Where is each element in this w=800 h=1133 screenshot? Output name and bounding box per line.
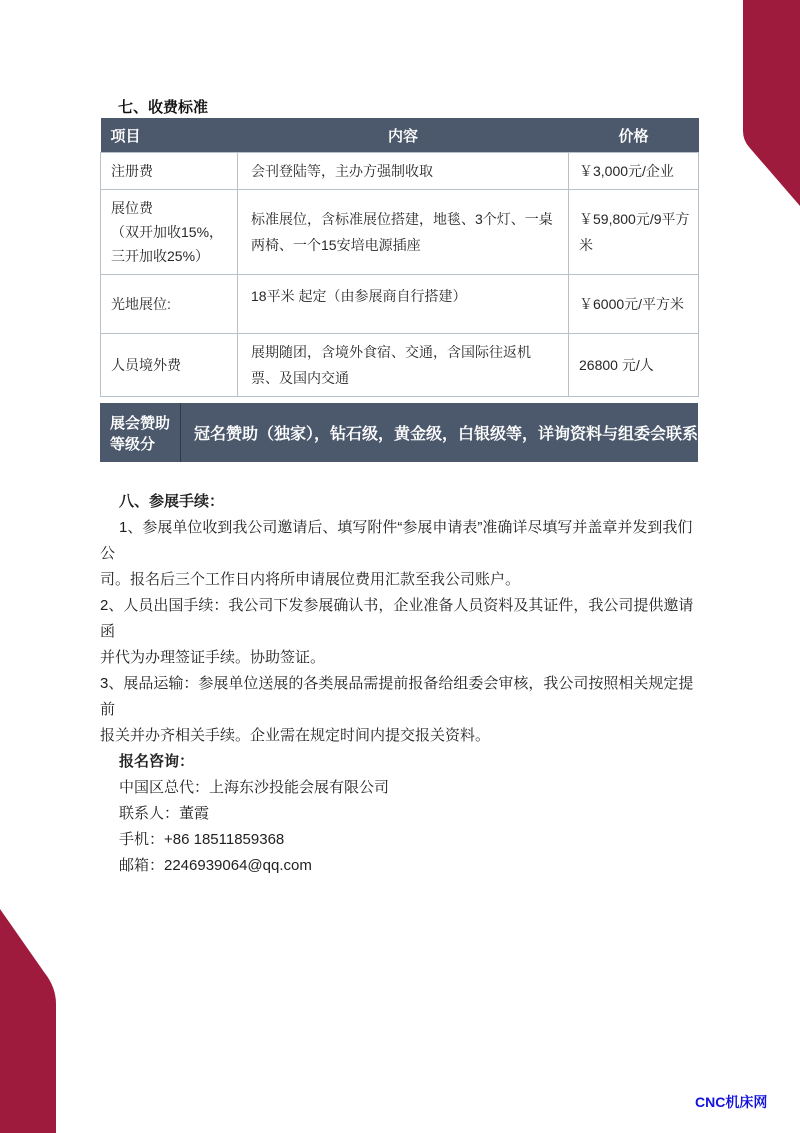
fee-table-header-row: 项目 内容 价格 xyxy=(101,118,699,153)
fee-table-row-registration: 注册费 会刊登陆等，主办方强制收取 ￥3,000元/企业 xyxy=(101,153,699,190)
procedures-line-7: 3、展品运输：参展单位送展的各类展品需提前报备给组委会审核，我公司按照相关规定提 xyxy=(100,671,704,697)
fee-price-cell: 26800 元/人 xyxy=(569,334,699,397)
watermark-link[interactable]: CNC机床网 xyxy=(695,1092,767,1112)
decor-ribbon-top-right xyxy=(743,0,800,206)
fee-content-cell: 18平米 起定（由参展商自行搭建） xyxy=(238,275,569,334)
fee-content-cell: 会刊登陆等，主办方强制收取 xyxy=(238,153,569,190)
fee-item-cell: 注册费 xyxy=(101,153,238,190)
contact-agent-line: 中国区总代：上海东沙投能会展有限公司 xyxy=(100,775,704,801)
procedures-section: 八、参展手续： 1、参展单位收到我公司邀请后、填写附件“参展申请表”准确详尽填写… xyxy=(100,489,704,879)
fee-table-header-item: 项目 xyxy=(101,118,238,153)
procedures-line-4: 2、人员出国手续：我公司下发参展确认书，企业准备人员资料及其证件，我公司提供邀请 xyxy=(100,593,704,619)
sponsor-tier-label: 展会赞助等级分 xyxy=(100,403,181,462)
fee-price-cell: ￥59,800元/9平方米 xyxy=(569,190,699,275)
procedures-heading: 八、参展手续： xyxy=(100,489,704,515)
sponsor-tier-row: 展会赞助等级分 冠名赞助（独家），钻石级，黄金级，白银级等，详询资料与组委会联系 xyxy=(100,403,698,462)
fee-table-row-booth: 展位费 （双开加收15%， 三开加收25%） 标准展位，含标准展位搭建，地毯、3… xyxy=(101,190,699,275)
contact-email-line: 邮箱：2246939064@qq.com xyxy=(100,853,704,879)
fee-table-row-personnel: 人员境外费 展期随团，含境外食宿、交通，含国际往返机票、及国内交通 26800 … xyxy=(101,334,699,397)
procedures-line-9: 报关并办齐相关手续。企业需在规定时间内提交报关资料。 xyxy=(100,723,704,749)
contact-person-line: 联系人：董霞 xyxy=(100,801,704,827)
fee-item-cell: 光地展位: xyxy=(101,275,238,334)
fee-content-cell: 展期随团，含境外食宿、交通，含国际往返机票、及国内交通 xyxy=(238,334,569,397)
fee-table-header-price: 价格 xyxy=(569,118,699,153)
fee-content-cell: 标准展位，含标准展位搭建，地毯、3个灯、一桌两椅、一个15安培电源插座 xyxy=(238,190,569,275)
fee-table-header-content: 内容 xyxy=(238,118,569,153)
fee-table: 项目 内容 价格 注册费 会刊登陆等，主办方强制收取 ￥3,000元/企业 展位… xyxy=(100,118,699,397)
sponsor-tier-content: 冠名赞助（独家），钻石级，黄金级，白银级等，详询资料与组委会联系 xyxy=(181,403,698,462)
procedures-line-3: 司。报名后三个工作日内将所申请展位费用汇款至我公司账户。 xyxy=(100,567,704,593)
decor-ribbon-bottom-left xyxy=(0,909,56,1133)
fee-item-cell: 展位费 （双开加收15%， 三开加收25%） xyxy=(101,190,238,275)
section-fees-title: 七、收费标准 xyxy=(118,96,208,117)
procedures-line-2: 公 xyxy=(100,541,704,567)
fee-price-cell: ￥3,000元/企业 xyxy=(569,153,699,190)
procedures-line-8: 前 xyxy=(100,697,704,723)
document-page: 七、收费标准 项目 内容 价格 注册费 会刊登陆等，主办方强制收取 ￥3,000… xyxy=(0,0,800,1133)
registration-heading: 报名咨询： xyxy=(100,749,704,775)
contact-phone-line: 手机：+86 18511859368 xyxy=(100,827,704,853)
procedures-line-1: 1、参展单位收到我公司邀请后、填写附件“参展申请表”准确详尽填写并盖章并发到我们 xyxy=(100,515,704,541)
procedures-line-5: 函 xyxy=(100,619,704,645)
procedures-line-6: 并代为办理签证手续。协助签证。 xyxy=(100,645,704,671)
fee-price-cell: ￥6000元/平方米 xyxy=(569,275,699,334)
fee-table-row-raw-space: 光地展位: 18平米 起定（由参展商自行搭建） ￥6000元/平方米 xyxy=(101,275,699,334)
fee-item-cell: 人员境外费 xyxy=(101,334,238,397)
